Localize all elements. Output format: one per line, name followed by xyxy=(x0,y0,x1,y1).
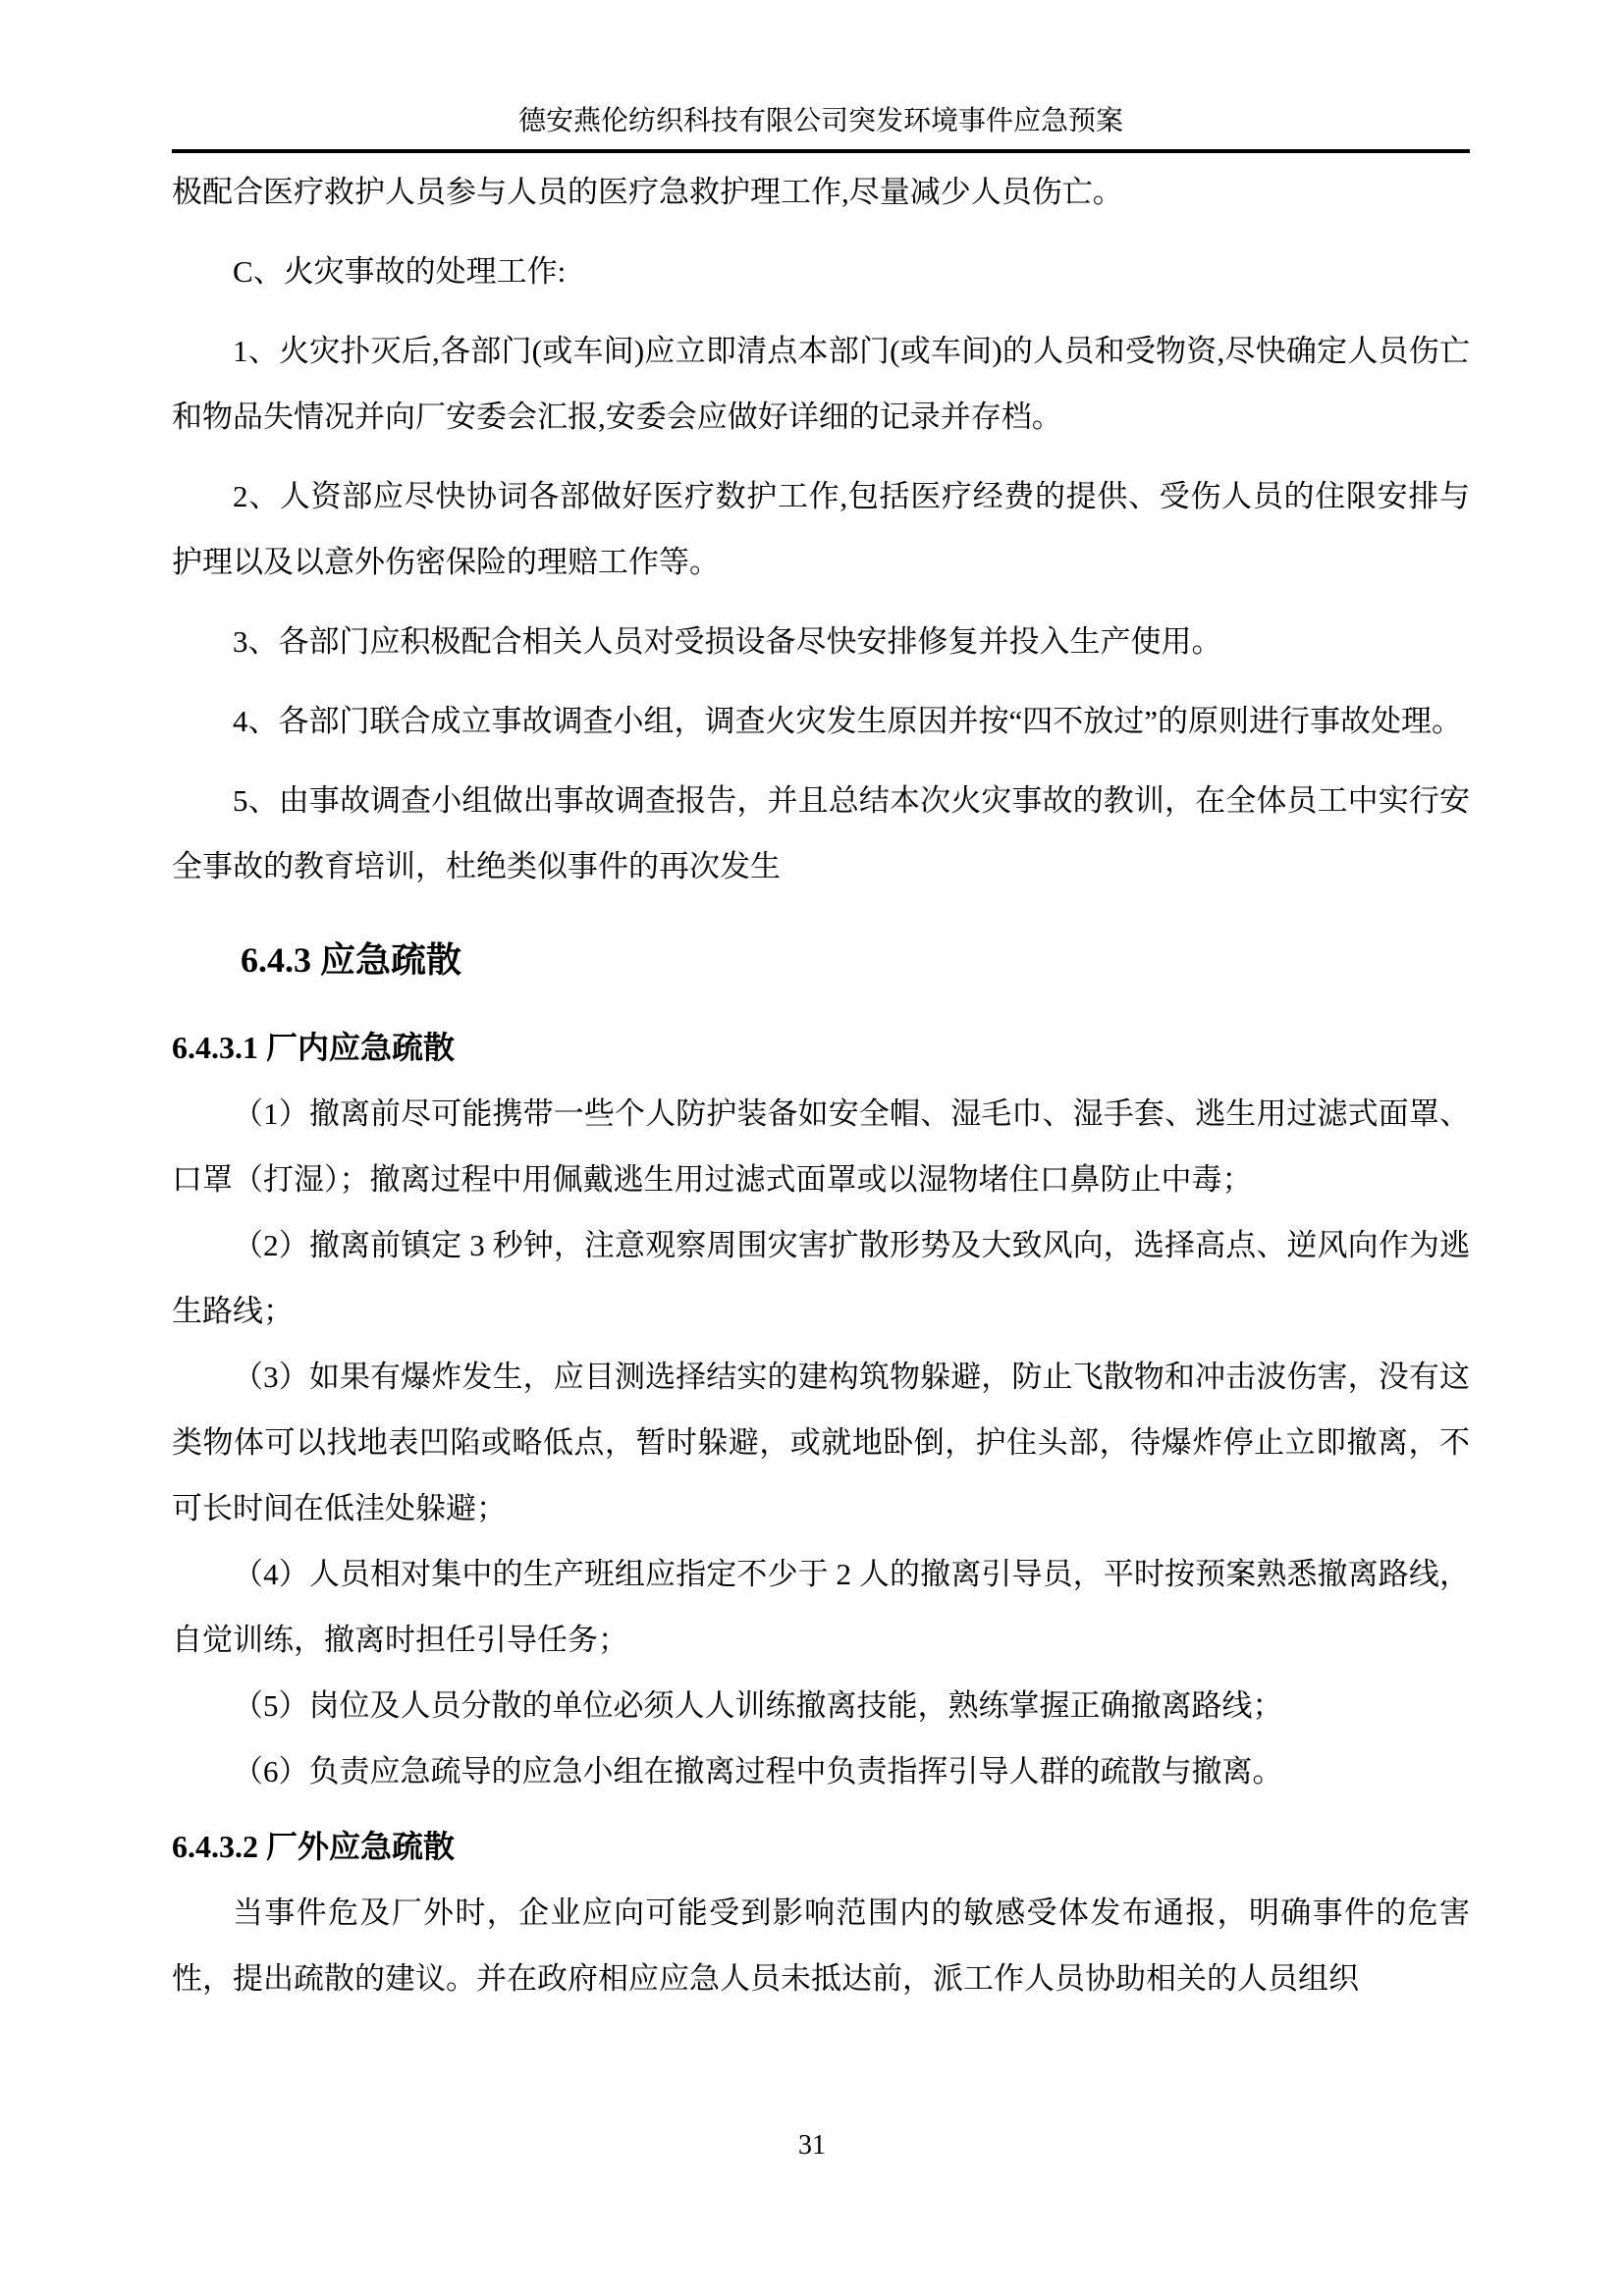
paragraph-evac-6: （6）负责应急疏导的应急小组在撤离过程中负责指挥引导人群的疏散与撤离。 xyxy=(172,1738,1470,1804)
paragraph-continued: 极配合医疗救护人员参与人员的医疗急救护理工作,尽量减少人员伤亡。 xyxy=(172,159,1470,225)
section-heading-6-4-3-2: 6.4.3.2 厂外应急疏散 xyxy=(172,1814,1470,1880)
page-number: 31 xyxy=(0,2131,1624,2161)
paragraph-evac-1: （1）撤离前尽可能携带一些个人防护装备如安全帽、湿毛巾、湿手套、逃生用过滤式面罩… xyxy=(172,1081,1470,1212)
paragraph-item-4: 4、各部门联合成立事故调查小组，调查火灾发生原因并按“四不放过”的原则进行事故处… xyxy=(172,688,1470,754)
paragraph-item-5: 5、由事故调查小组做出事故调查报告，并且总结本次火灾事故的教训，在全体员工中实行… xyxy=(172,768,1470,899)
paragraph-item-1: 1、火灾扑灭后,各部门(或车间)应立即清点本部门(或车间)的人员和受物资,尽快确… xyxy=(172,318,1470,450)
document-page: 德安燕伦纺织科技有限公司突发环境事件应急预案 极配合医疗救护人员参与人员的医疗急… xyxy=(0,0,1624,2296)
paragraph-evac-5: （5）岗位及人员分散的单位必须人人训练撤离技能，熟练掌握正确撤离路线； xyxy=(172,1673,1470,1738)
paragraph-offsite-evac: 当事件危及厂外时，企业应向可能受到影响范围内的敏感受体发布通报，明确事件的危害性… xyxy=(172,1880,1470,2011)
document-header: 德安燕伦纺织科技有限公司突发环境事件应急预案 xyxy=(172,104,1470,153)
paragraph-item-2: 2、人资部应尽快协词各部做好医疗数护工作,包括医疗经费的提供、受伤人员的住限安排… xyxy=(172,463,1470,595)
section-heading-6-4-3: 6.4.3 应急疏散 xyxy=(241,925,1470,995)
section-heading-6-4-3-1: 6.4.3.1 厂内应急疏散 xyxy=(172,1015,1470,1081)
paragraph-item-3: 3、各部门应积极配合相关人员对受损设备尽快安排修复并投入生产使用。 xyxy=(172,609,1470,674)
paragraph-evac-3: （3）如果有爆炸发生，应目测选择结实的建构筑物躲避，防止飞散物和冲击波伤害，没有… xyxy=(172,1344,1470,1541)
header-divider-rule xyxy=(172,149,1470,153)
document-header-title: 德安燕伦纺织科技有限公司突发环境事件应急预案 xyxy=(172,104,1470,139)
document-body: 极配合医疗救护人员参与人员的医疗急救护理工作,尽量减少人员伤亡。 C、火灾事故的… xyxy=(172,159,1470,2011)
paragraph-evac-2: （2）撤离前镇定 3 秒钟，注意观察周围灾害扩散形势及大致风向，选择高点、逆风向… xyxy=(172,1212,1470,1344)
paragraph-c-fire-handling: C、火灾事故的处理工作: xyxy=(172,239,1470,304)
paragraph-evac-4: （4）人员相对集中的生产班组应指定不少于 2 人的撤离引导员，平时按预案熟悉撤离… xyxy=(172,1541,1470,1673)
